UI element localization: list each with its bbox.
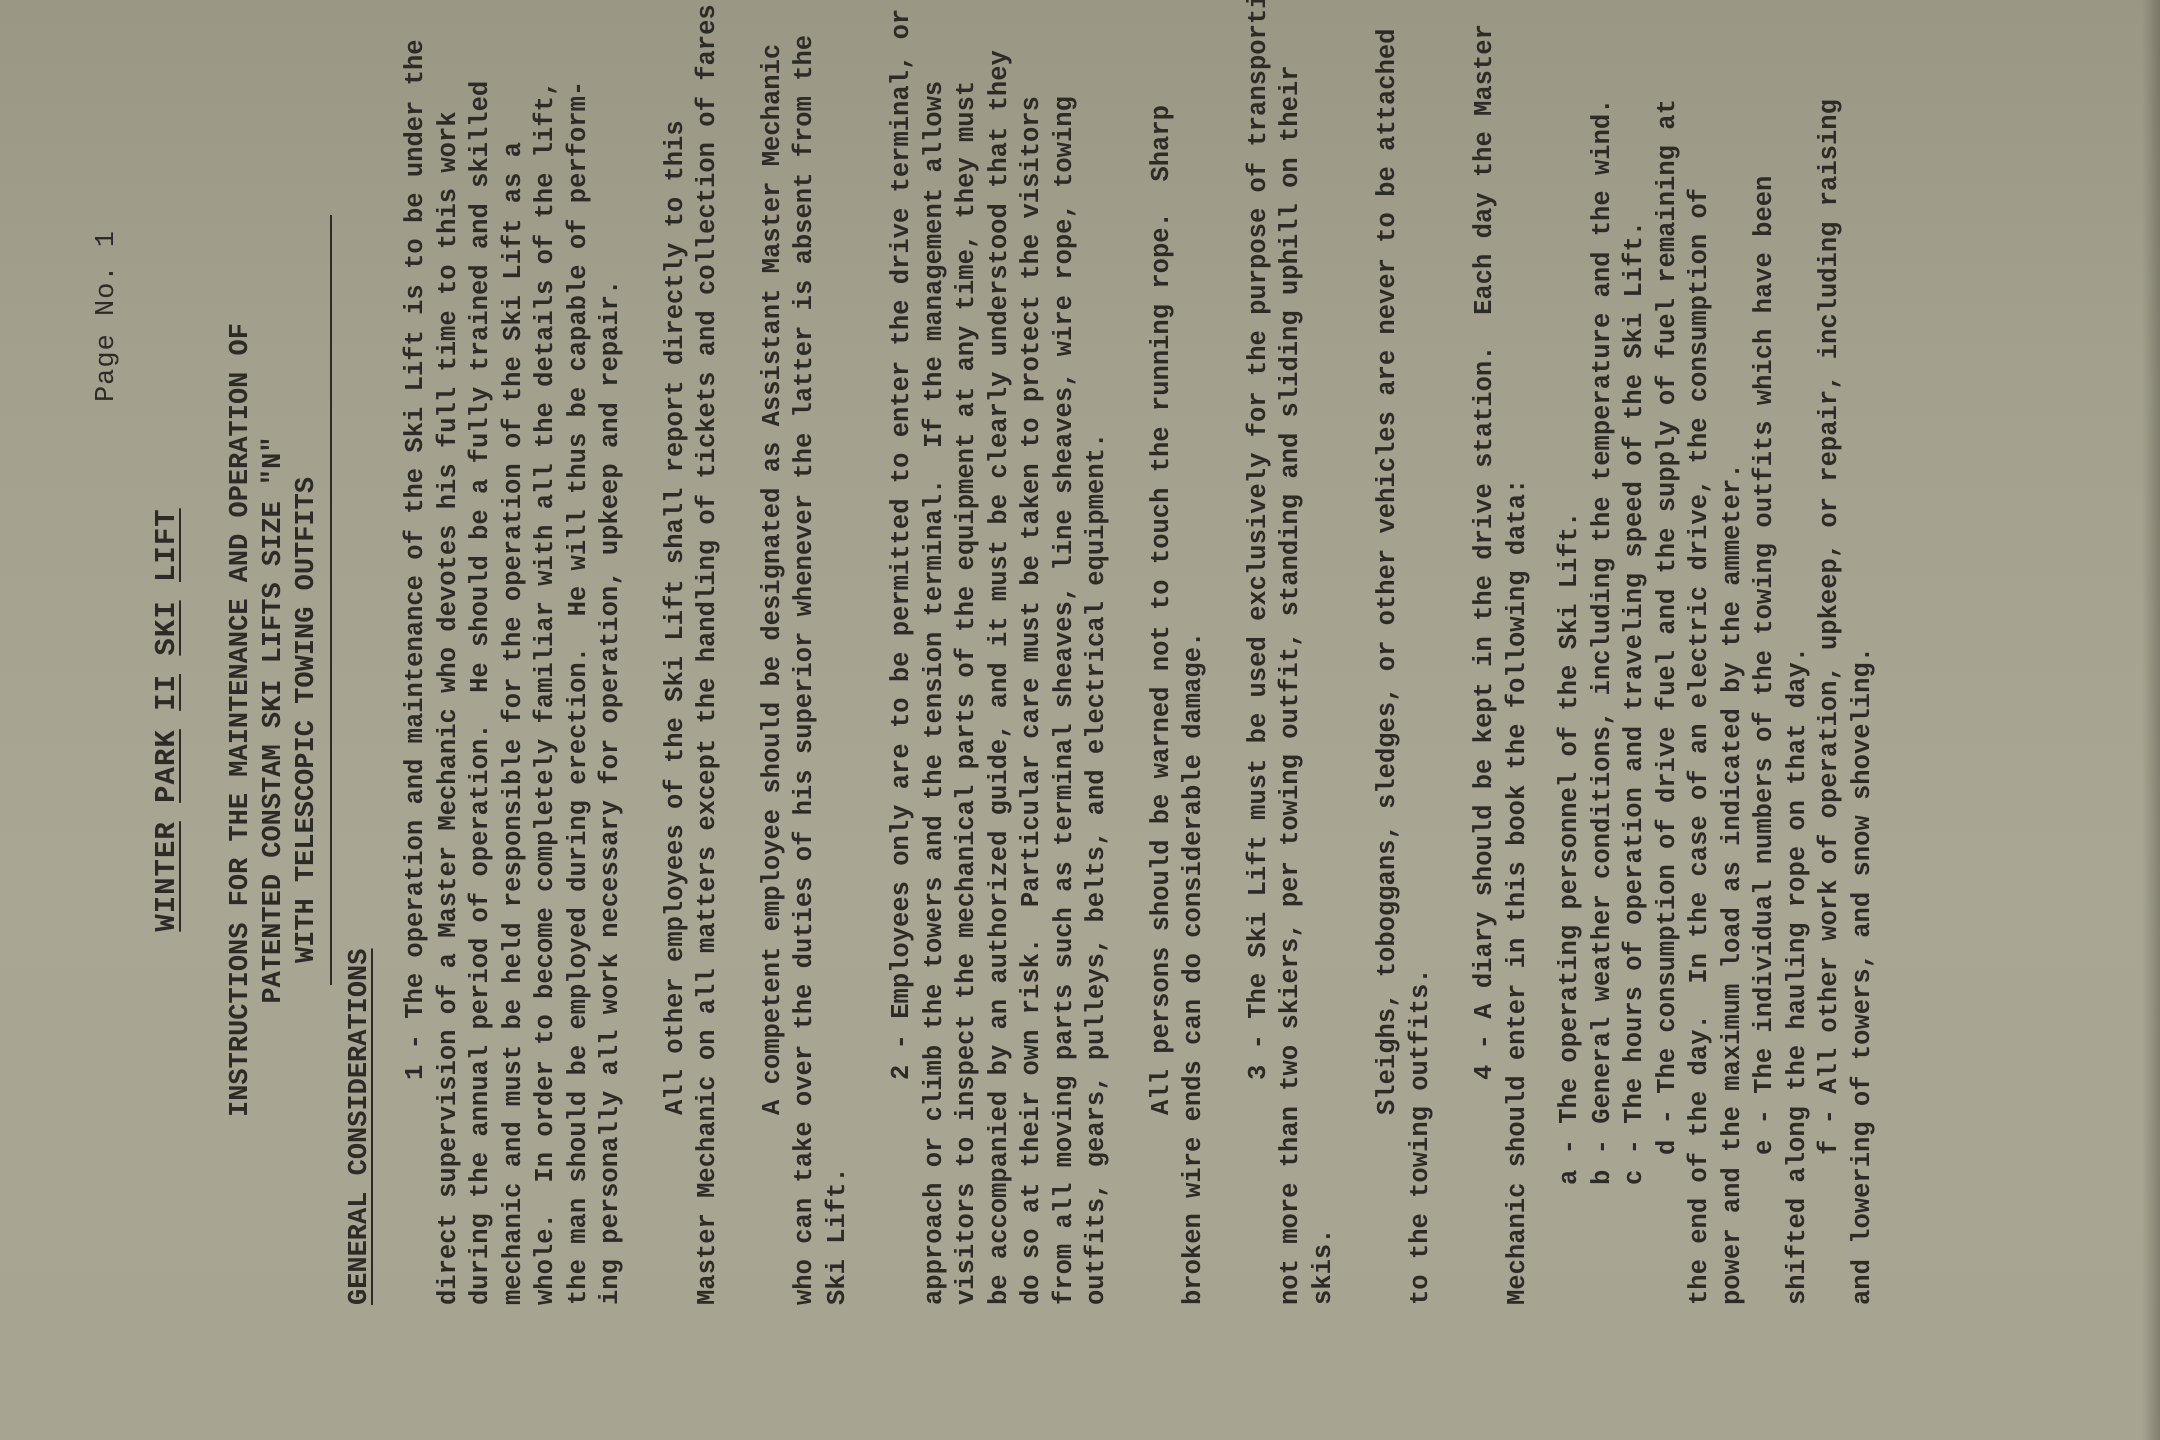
- text-line: ing personally all work necessary for op…: [595, 70, 628, 1305]
- text-line: 1 - The operation and maintenance of the…: [400, 70, 433, 1305]
- diary-item-d: d - The consumption of drive fuel and th…: [1652, 70, 1685, 1305]
- text-line: do so at their own risk. Particular care…: [1016, 70, 1049, 1305]
- title-word: PARK: [150, 729, 183, 803]
- text-line: to the towing outfits.: [1405, 70, 1438, 1305]
- paragraph: All other employees of the Ski Lift shal…: [660, 70, 725, 1305]
- text-line: be accompanied by an authorized guide, a…: [984, 70, 1017, 1305]
- subtitle-line: INSTRUCTIONS FOR THE MAINTENANCE AND OPE…: [225, 0, 258, 1440]
- subtitle-underline: [330, 215, 332, 985]
- document-subtitle: INSTRUCTIONS FOR THE MAINTENANCE AND OPE…: [225, 0, 324, 1440]
- text-line: skis.: [1308, 70, 1341, 1305]
- paragraph: 2 - Employees only are to be permitted t…: [886, 70, 1114, 1305]
- paragraph: 1 - The operation and maintenance of the…: [400, 70, 628, 1305]
- text-line: Sleighs, toboggans, sledges, or other ve…: [1372, 70, 1405, 1305]
- paragraph: Sleighs, toboggans, sledges, or other ve…: [1372, 70, 1437, 1305]
- paragraph: All persons should be warned not to touc…: [1146, 70, 1211, 1305]
- text-line: during the annual period of operation. H…: [465, 70, 498, 1305]
- text-line: who can take over the duties of his supe…: [789, 70, 822, 1305]
- paragraph: 4 - A diary should be kept in the drive …: [1469, 70, 1534, 1305]
- paragraph: 3 - The Ski Lift must be used exclusivel…: [1243, 70, 1341, 1305]
- diary-item-b: b - General weather conditions, includin…: [1587, 70, 1620, 1305]
- text-line: 2 - Employees only are to be permitted t…: [886, 70, 919, 1305]
- text-line: All other employees of the Ski Lift shal…: [660, 70, 693, 1305]
- text-line: approach or climb the towers and the ten…: [919, 70, 952, 1305]
- text-line: not more than two skiers, per towing out…: [1275, 70, 1308, 1305]
- paragraph: A competent employee should be designate…: [757, 70, 855, 1305]
- document-body: 1 - The operation and maintenance of the…: [400, 70, 1879, 1305]
- section-heading: GENERAL CONSIDERATIONS: [345, 949, 375, 1305]
- text-line: broken wire ends can do considerable dam…: [1178, 70, 1211, 1305]
- text-line: visitors to inspect the mechanical parts…: [951, 70, 984, 1305]
- text-line: outfits, gears, pulleys, belts, and elec…: [1081, 70, 1114, 1305]
- text-line: 3 - The Ski Lift must be used exclusivel…: [1243, 70, 1276, 1305]
- diary-item-continuation: and lowering of towers, and snow shoveli…: [1847, 70, 1880, 1305]
- text-line: Master Mechanic on all matters except th…: [692, 70, 725, 1305]
- text-line: whole. In order to become completely fam…: [530, 70, 563, 1305]
- subtitle-line: PATENTED CONSTAM SKI LIFTS SIZE "N": [258, 0, 291, 1440]
- text-line: All persons should be warned not to touc…: [1146, 70, 1179, 1305]
- text-line: A competent employee should be designate…: [757, 70, 790, 1305]
- diary-item-continuation: the end of the day. In the case of an el…: [1684, 70, 1717, 1305]
- text-line: from all moving parts such as terminal s…: [1049, 70, 1082, 1305]
- diary-items-list: a - The operating personnel of the Ski L…: [1554, 70, 1879, 1305]
- diary-item-continuation: shifted along the hauling rope on that d…: [1782, 70, 1815, 1305]
- document-page: Page No. 1 WINTER PARK II SKI LIFT INSTR…: [0, 0, 2160, 1440]
- diary-item-f: f - All other work of operation, upkeep,…: [1814, 70, 1847, 1305]
- text-line: 4 - A diary should be kept in the drive …: [1469, 70, 1502, 1305]
- text-line: the man should be employed during erecti…: [563, 70, 596, 1305]
- page-number: Page No. 1: [92, 230, 122, 402]
- subtitle-line: WITH TELESCOPIC TOWING OUTFITS: [291, 0, 324, 1440]
- text-line: direct supervision of a Master Mechanic …: [433, 70, 466, 1305]
- page-edge-shadow: [2142, 0, 2160, 1440]
- diary-item-continuation: power and the maximum load as indicated …: [1717, 70, 1750, 1305]
- title-word: II: [150, 674, 183, 711]
- title-word: LIFT: [150, 508, 183, 582]
- document-title: WINTER PARK II SKI LIFT: [150, 0, 183, 1440]
- text-line: mechanic and must be held responsible fo…: [498, 70, 531, 1305]
- diary-item-e: e - The individual numbers of the towing…: [1749, 70, 1782, 1305]
- text-line: Ski Lift.: [822, 70, 855, 1305]
- diary-item-a: a - The operating personnel of the Ski L…: [1554, 70, 1587, 1305]
- title-word: WINTER: [150, 821, 183, 931]
- diary-item-c: c - The hours of operation and traveling…: [1619, 70, 1652, 1305]
- title-word: SKI: [150, 600, 183, 655]
- text-line: Mechanic should enter in this book the f…: [1502, 70, 1535, 1305]
